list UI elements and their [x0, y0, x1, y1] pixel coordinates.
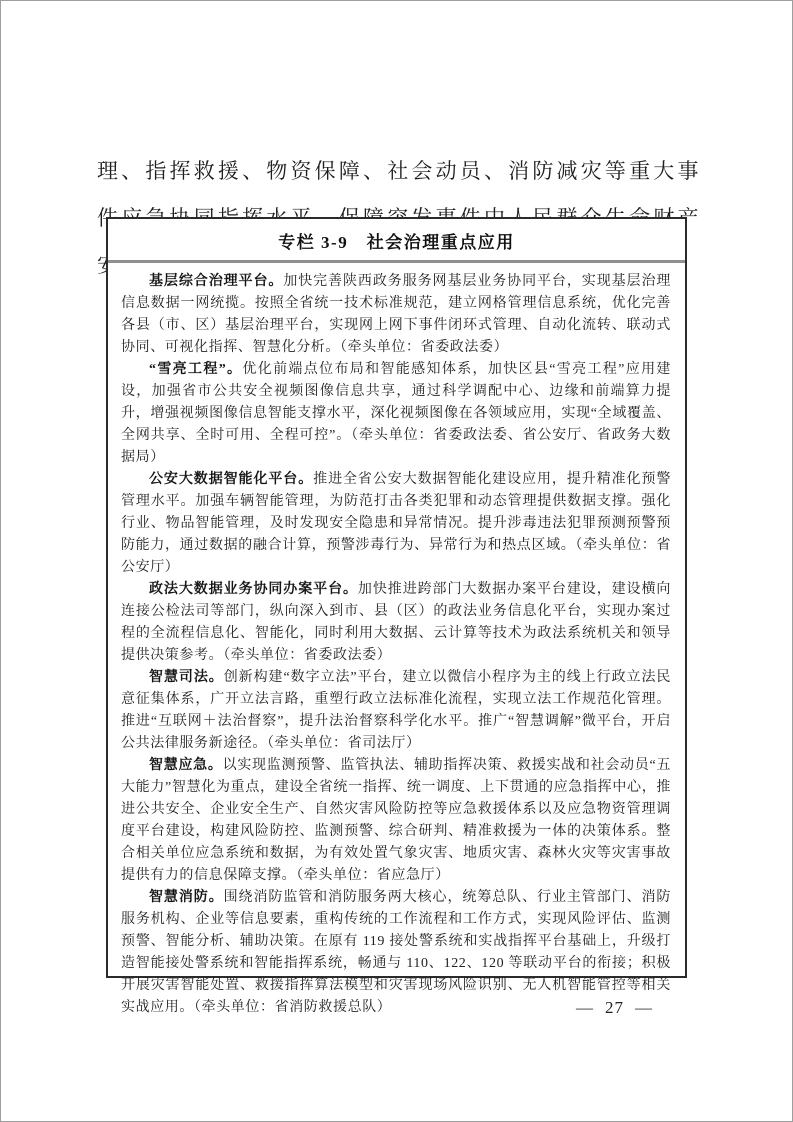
- column-box-body: 基层综合治理平台。加快完善陕西政务服务网基层业务协同平台，实现基层治理信息数据一…: [108, 263, 685, 1019]
- column-box: 专栏 3-9 社会治理重点应用 基层综合治理平台。加快完善陕西政务服务网基层业务…: [106, 217, 687, 978]
- paragraph-lead: 智慧司法。: [149, 670, 224, 685]
- paragraph-lead: 智慧消防。: [149, 890, 224, 905]
- paragraph-lead: 公安大数据智能化平台。: [149, 472, 313, 487]
- box-paragraph-judicial-bigdata-case-platform: 政法大数据业务协同办案平台。加快推进跨部门大数据办案平台建设，建设横向连接公检法…: [121, 579, 671, 667]
- footer-right-dash: —: [635, 998, 653, 1018]
- box-paragraph-smart-justice: 智慧司法。创新构建“数字立法”平台，建立以微信小程序为主的线上行政立法民意征集体…: [121, 667, 671, 755]
- box-paragraph-sharp-eyes-project: “雪亮工程”。优化前端点位布局和智能感知体系，加快区县“雪亮工程”应用建设，加强…: [121, 359, 671, 469]
- paragraph-lead: 智慧应急。: [149, 758, 223, 773]
- document-page: 理、指挥救援、物资保障、社会动员、消防减灾等重大事件应急协同指挥水平，保障突发事…: [0, 0, 793, 1122]
- paragraph-body: 优化前端点位布局和智能感知体系，加快区县“雪亮工程”应用建设，加强省市公共安全视…: [121, 362, 671, 465]
- footer-left-dash: —: [576, 998, 594, 1018]
- column-box-title: 专栏 3-9 社会治理重点应用: [108, 219, 685, 260]
- paragraph-lead: “雪亮工程”。: [149, 362, 242, 377]
- paragraph-lead: 基层综合治理平台。: [149, 274, 283, 289]
- box-paragraph-police-bigdata-platform: 公安大数据智能化平台。推进全省公安大数据智能化建设应用，提升精准化预警管理水平。…: [121, 469, 671, 579]
- page-number: 27: [605, 998, 624, 1017]
- paragraph-body: 以实现监测预警、监管执法、辅助指挥决策、救援实战和社会动员“五大能力”智慧化为重…: [121, 758, 671, 883]
- paragraph-body: 推进全省公安大数据智能化建设应用，提升精准化预警管理水平。加强车辆智能管理，为防…: [121, 472, 671, 575]
- box-paragraph-grassroots-governance: 基层综合治理平台。加快完善陕西政务服务网基层业务协同平台，实现基层治理信息数据一…: [121, 271, 671, 359]
- page-number-footer: —27—: [565, 998, 664, 1018]
- paragraph-body: 围绕消防监管和消防服务两大核心，统筹总队、行业主管部门、消防服务机构、企业等信息…: [121, 890, 671, 1015]
- paragraph-lead: 政法大数据业务协同办案平台。: [149, 582, 358, 597]
- box-paragraph-smart-emergency: 智慧应急。以实现监测预警、监管执法、辅助指挥决策、救援实战和社会动员“五大能力”…: [121, 755, 671, 887]
